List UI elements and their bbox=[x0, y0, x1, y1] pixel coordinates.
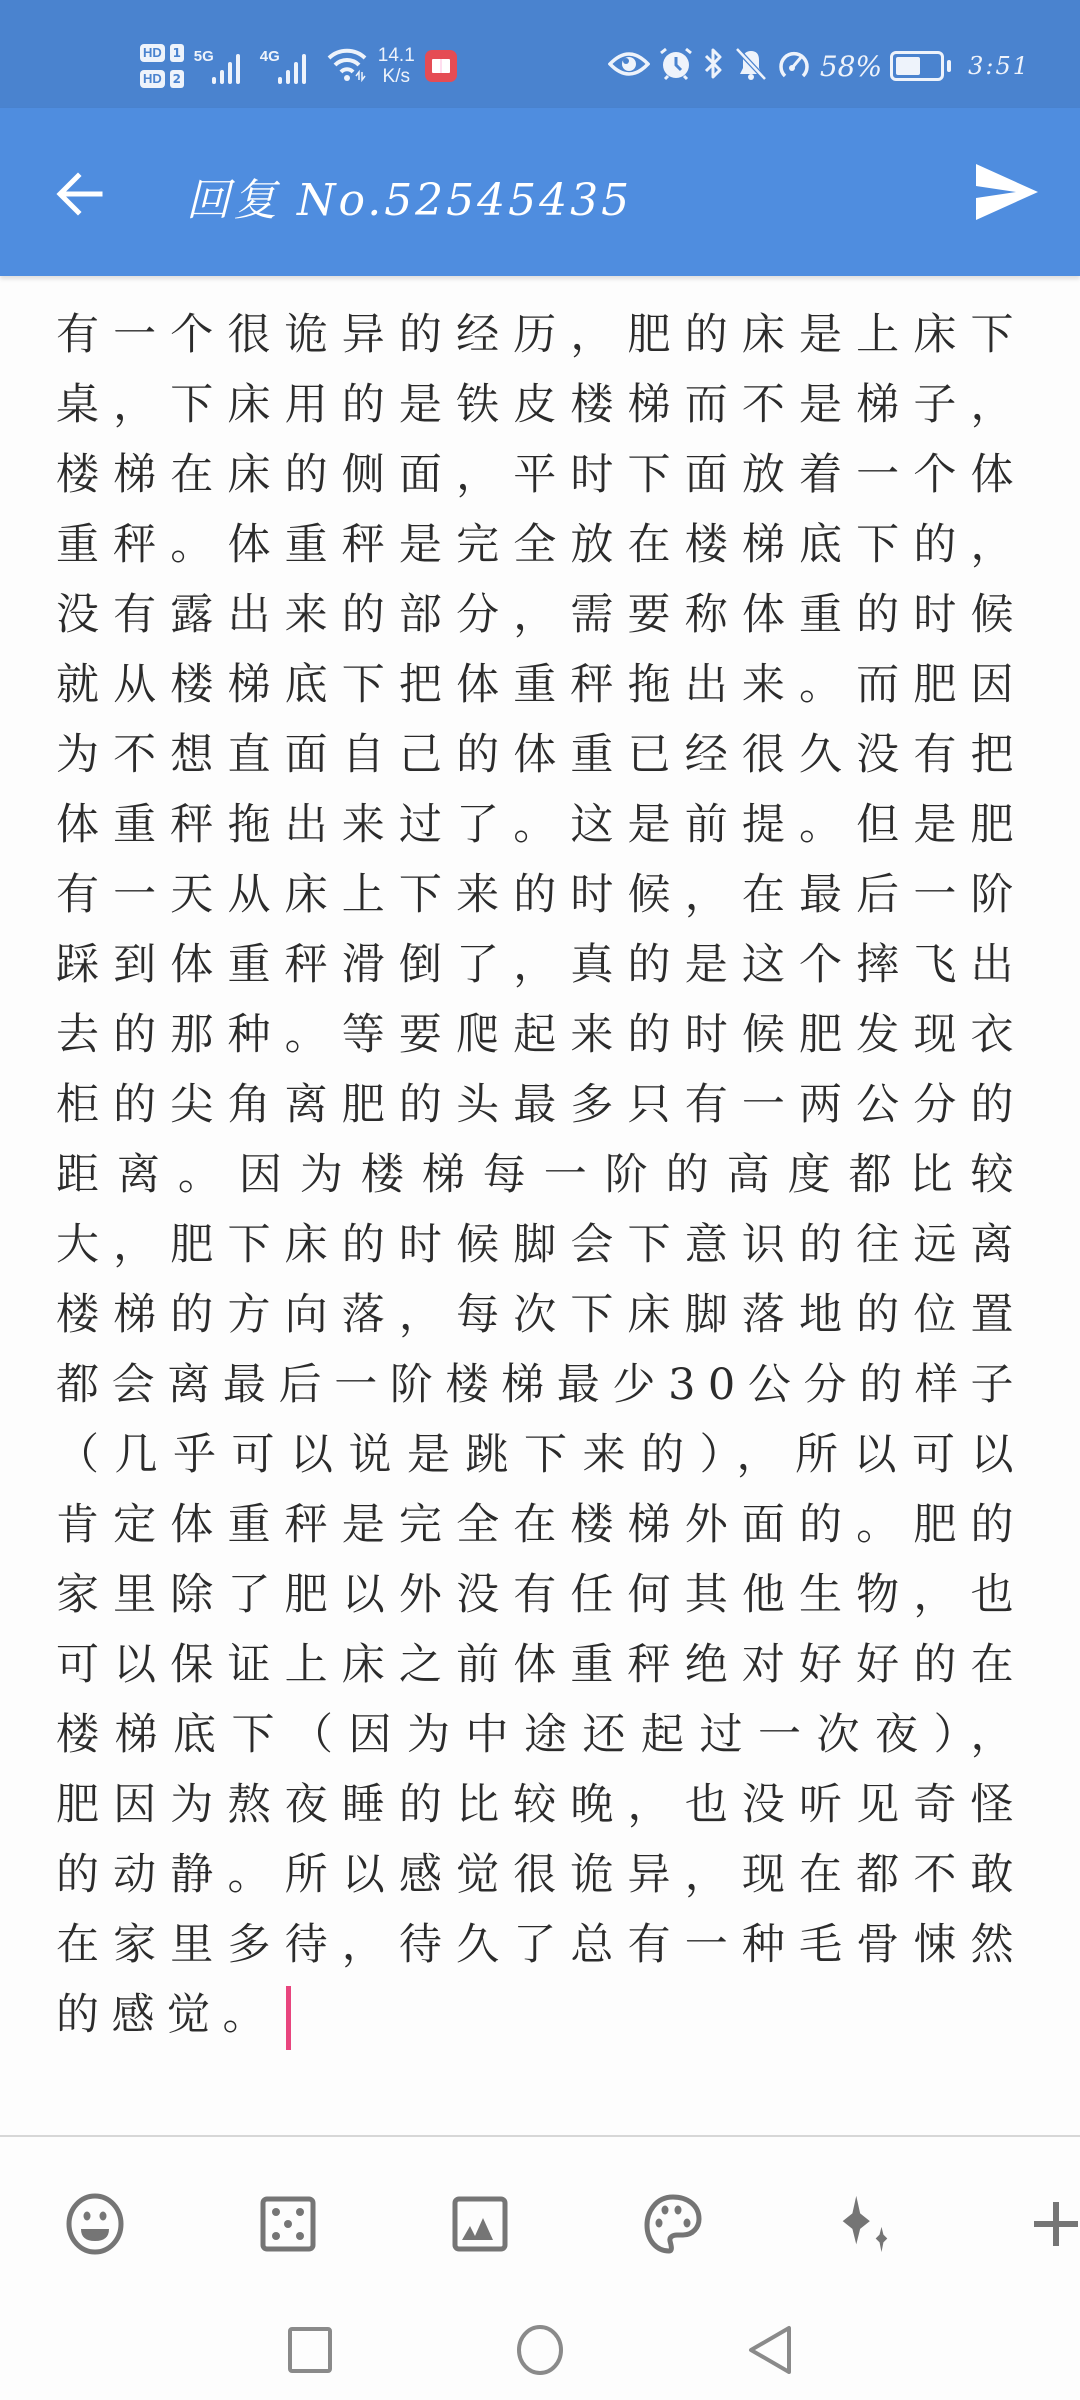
alarm-icon bbox=[658, 46, 694, 86]
system-navigation-bar bbox=[0, 2282, 1080, 2400]
speed-value: 14.1 bbox=[378, 45, 415, 66]
image-icon bbox=[452, 2196, 508, 2252]
back-triangle-icon bbox=[745, 2324, 795, 2376]
palette-button[interactable] bbox=[641, 2192, 705, 2256]
page-title: 回复 No.52545435 bbox=[186, 164, 632, 228]
performance-gauge-icon bbox=[776, 46, 812, 86]
image-button[interactable] bbox=[448, 2192, 512, 2256]
recents-button[interactable] bbox=[285, 2324, 335, 2376]
sim-number: 1 bbox=[170, 44, 184, 62]
hd-sim1-icon: HD 1 bbox=[140, 44, 184, 62]
recents-square-icon bbox=[285, 2324, 335, 2376]
sparkle-icon bbox=[833, 2193, 897, 2255]
compose-toolbar bbox=[0, 2135, 1080, 2280]
emoji-button[interactable] bbox=[63, 2192, 127, 2256]
dice-icon bbox=[260, 2196, 316, 2252]
reply-text-editor[interactable]: 有一个很诡异的经历，肥的床是上床下桌，下床用的是铁皮楼梯而不是梯子，楼梯在床的侧… bbox=[56, 300, 1026, 2050]
sim-number: 2 bbox=[170, 70, 184, 88]
wifi-icon bbox=[326, 46, 368, 86]
home-button[interactable] bbox=[515, 2324, 565, 2376]
network-type: 5G bbox=[194, 48, 214, 65]
sim-indicators: HD 1 HD 2 bbox=[140, 44, 184, 88]
plus-icon bbox=[1028, 2196, 1080, 2252]
bluetooth-icon bbox=[702, 46, 726, 86]
signal-5g-icon: 5G bbox=[194, 48, 250, 84]
hd-sim2-icon: HD 2 bbox=[140, 70, 184, 88]
hd-label: HD bbox=[140, 70, 165, 88]
send-icon bbox=[972, 160, 1042, 224]
dice-button[interactable] bbox=[256, 2192, 320, 2256]
more-button[interactable] bbox=[1024, 2192, 1080, 2256]
reply-text: 有一个很诡异的经历，肥的床是上床下桌，下床用的是铁皮楼梯而不是梯子，楼梯在床的侧… bbox=[56, 310, 1026, 2040]
home-circle-icon bbox=[515, 2324, 565, 2376]
network-speed: 14.1 K/s bbox=[378, 45, 415, 87]
signal-4g-icon: 4G bbox=[260, 48, 316, 84]
send-button[interactable] bbox=[972, 160, 1042, 224]
arrow-left-icon bbox=[52, 166, 108, 222]
app-bar: 回复 No.52545435 bbox=[0, 108, 1080, 276]
status-bar: HD 1 HD 2 5G 4G 14.1 K/s bbox=[0, 0, 1080, 108]
clock: 3:51 bbox=[968, 52, 1030, 80]
reading-app-icon bbox=[425, 50, 457, 82]
sparkle-button[interactable] bbox=[833, 2192, 897, 2256]
palette-icon bbox=[643, 2193, 703, 2255]
back-button[interactable] bbox=[52, 166, 108, 222]
status-left: HD 1 HD 2 5G 4G 14.1 K/s bbox=[140, 36, 457, 96]
text-cursor bbox=[286, 1986, 291, 2050]
notifications-off-icon bbox=[734, 46, 768, 86]
network-type: 4G bbox=[260, 48, 280, 65]
battery-percent: 58% bbox=[820, 50, 882, 83]
eye-comfort-icon bbox=[608, 50, 650, 82]
hd-label: HD bbox=[140, 44, 165, 62]
nav-back-button[interactable] bbox=[745, 2324, 795, 2376]
speed-unit: K/s bbox=[378, 66, 415, 87]
emoji-icon bbox=[65, 2193, 125, 2255]
battery-icon bbox=[890, 51, 944, 81]
status-right: 58% 3:51 bbox=[608, 46, 1030, 86]
